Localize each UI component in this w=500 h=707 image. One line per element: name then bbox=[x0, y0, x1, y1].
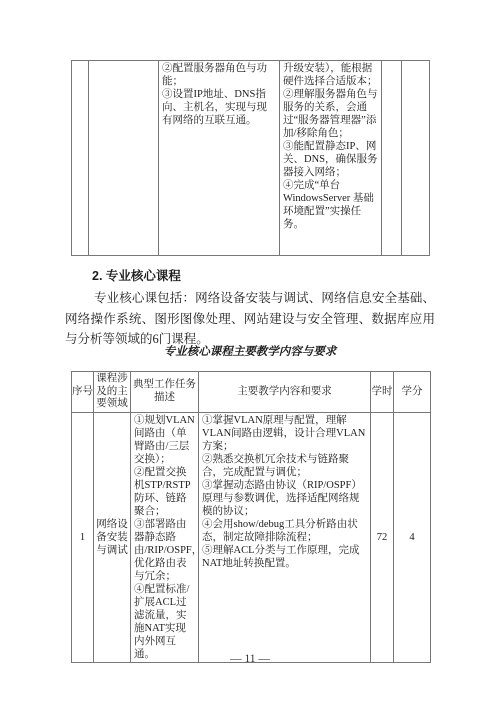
teaching-content-cell: ①掌握VLAN原理与配置，理解VLAN间路由逻辑，设计合理VLAN方案； ②熟悉… bbox=[199, 412, 371, 662]
empty-index-cell bbox=[72, 61, 89, 256]
continuation-table: ②配置服务器角色与功能； ③设置IP地址、DNS指向、主机名，实现与现有网络的互… bbox=[71, 60, 430, 256]
section-heading: 2. 专业核心课程 bbox=[92, 266, 181, 284]
core-table-title: 专业核心课程主要教学内容与要求 bbox=[0, 343, 500, 359]
credits-cell: 4 bbox=[394, 412, 431, 662]
typical-tasks-cell: ①规划VLAN间路由（单臂路由/三层交换）； ②配置交换机STP/RSTP防环、… bbox=[131, 412, 199, 662]
col-header-content: 主要教学内容和要求 bbox=[199, 372, 371, 413]
table-row: ②配置服务器角色与功能； ③设置IP地址、DNS指向、主机名，实现与现有网络的互… bbox=[72, 61, 430, 256]
document-page: ②配置服务器角色与功能； ③设置IP地址、DNS指向、主机名，实现与现有网络的互… bbox=[0, 0, 500, 707]
col-header-credits: 学分 bbox=[394, 372, 431, 413]
teaching-content-cell: 升级安装），能根据硬件选择合适版本； ②理解服务器角色与服务的关系，会通过“服务… bbox=[280, 61, 382, 256]
page-number: — 11 — bbox=[0, 653, 500, 665]
typical-tasks-cell: ②配置服务器角色与功能； ③设置IP地址、DNS指向、主机名，实现与现有网络的互… bbox=[159, 61, 280, 256]
col-header-tasks: 典型工作任务描述 bbox=[131, 372, 199, 413]
table-row: 1 网络设备安装与调试 ①规划VLAN间路由（单臂路由/三层交换）； ②配置交换… bbox=[72, 412, 431, 662]
course-domain-cell: 网络设备安装与调试 bbox=[94, 412, 131, 662]
core-courses-table: 序号 课程涉及的主要领域 典型工作任务描述 主要教学内容和要求 学时 学分 1 … bbox=[71, 371, 431, 663]
empty-hours-cell bbox=[382, 61, 402, 256]
col-header-domain: 课程涉及的主要领域 bbox=[94, 372, 131, 413]
empty-credits-cell bbox=[402, 61, 430, 256]
table-header-row: 序号 课程涉及的主要领域 典型工作任务描述 主要教学内容和要求 学时 学分 bbox=[72, 372, 431, 413]
empty-domain-cell bbox=[89, 61, 159, 256]
col-header-hours: 学时 bbox=[371, 372, 394, 413]
intro-paragraph: 专业核心课包括：网络设备安装与调试、网络信息安全基础、网络操作系统、图形图像处理… bbox=[65, 288, 435, 350]
row-number-cell: 1 bbox=[72, 412, 94, 662]
col-header-number: 序号 bbox=[72, 372, 94, 413]
hours-cell: 72 bbox=[371, 412, 394, 662]
